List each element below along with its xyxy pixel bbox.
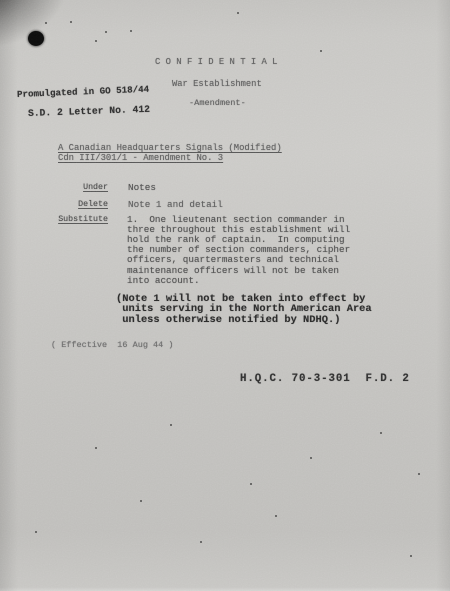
paper-speck (170, 424, 172, 426)
paper-speck (410, 555, 412, 557)
hole-punch-mark (28, 31, 44, 46)
paper-speck (105, 31, 107, 33)
paper-speck (200, 541, 202, 543)
paper-speck (310, 457, 312, 459)
note-paragraph: (Note 1 will not be taken into effect by… (116, 294, 372, 326)
document-reference: Cdn III/301/1 - Amendment No. 3 (58, 153, 223, 163)
paper-speck (95, 40, 97, 42)
classification-heading: C O N F I D E N T I A L (155, 57, 278, 67)
paper-speck (250, 483, 252, 485)
amendment-subheading: -Amendment- (189, 98, 246, 108)
substitute-paragraph: 1. One lieutenant section commander in t… (127, 215, 350, 286)
paper-speck (237, 12, 239, 14)
paper-speck (95, 447, 97, 449)
effective-date: ( Effective 16 Aug 44 ) (51, 340, 173, 350)
paper-speck (320, 50, 322, 52)
under-label: Under (58, 183, 108, 193)
promulgated-stamp: Promulgated in GO 518/44 (17, 85, 150, 101)
scanned-document-page: C O N F I D E N T I A L War Establishmen… (0, 0, 450, 591)
delete-value: Note 1 and detail (128, 200, 223, 210)
paper-speck (275, 515, 277, 517)
paper-speck (380, 432, 382, 434)
under-value: Notes (128, 183, 156, 193)
paper-speck (45, 22, 47, 24)
paper-speck (418, 473, 420, 475)
paper-speck (130, 30, 132, 32)
sd-letter-stamp: S.D. 2 Letter No. 412 (28, 105, 150, 119)
war-establishment-heading: War Establishment (172, 79, 262, 89)
substitute-label: Substitute (58, 215, 108, 225)
paper-speck (70, 21, 72, 23)
paper-speck (140, 500, 142, 502)
file-reference: H.Q.C. 70-3-301 F.D. 2 (240, 374, 410, 384)
delete-label: Delete (58, 200, 108, 210)
paper-speck (35, 531, 37, 533)
